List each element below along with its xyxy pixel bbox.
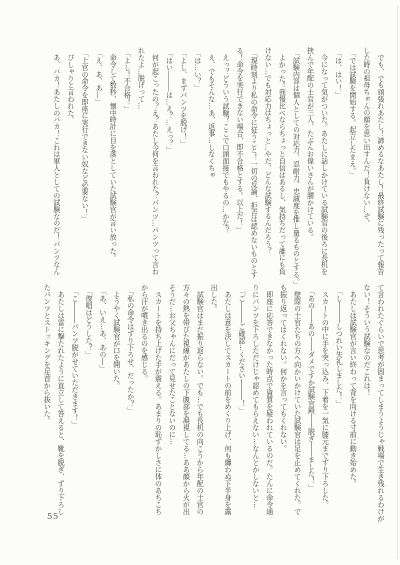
text-line: えっ？どういう試験？ここで口頭面接でもやるの…かな？ <box>218 47 232 275</box>
text-line: 「上官の命令を即座に実行できない奴など必要ない！」 <box>77 47 91 275</box>
text-line: 挟んで年配の士官が三人、たぶんお偉いさんが腰かけている。 <box>302 47 316 275</box>
text-line: あたしは雷に撃たれたように直立して答えると、靴を脱ぎ、ずり下ろし <box>53 284 67 516</box>
text-line: 即座に応答できなかった時点で資質を疑われているのだ。たんに命令通 <box>262 284 276 516</box>
text-line: ようやく試験官が口を開いた。 <box>109 284 123 516</box>
text-line: りにパンツを下ろしただけじゃ認めてもらえない…なんとかしないと… <box>248 284 262 516</box>
text-line: 「では試験を開始する。起立したまえ。」 <box>345 47 359 275</box>
vertical-text-block-top: でも、でも頑張れあたし！諦めるなあたし！最終試験に残ったって報告した時の祖母ちゃ… <box>49 47 387 275</box>
text-line: あたしは試験官が言い終わって背を向ける寸前に動き始めた。 <box>345 284 359 516</box>
text-line: え、でもそんな…あ、返事…しなくちゃ <box>204 47 218 275</box>
text-line: 「あ、いえ…あ、あの―」 <box>95 284 109 516</box>
text-line: 命令して数秒、懐中時計に目を落としていた試験官が言い放った。 <box>105 47 119 275</box>
text-line: 何が起こったの？え？あたし今何を言われた？パンツ…パンツって言わ <box>147 47 161 275</box>
text-line: ない！そういう試験なのだこれは！ <box>359 284 373 516</box>
text-line: て言われたぐらいで思考が固まってしまうようじゃ戦場で生き残れるわけが <box>373 284 387 516</box>
text-line: 「あの――あの――ダメですか試験官殿――脱ぎ――ました！」 <box>304 284 318 516</box>
text-line: も振り返ってはくれない。何かを言ってもくれない。 <box>276 284 290 516</box>
text-line: 「え、あ、あ―」 <box>91 47 105 275</box>
text-line: たパンツとストッキングを足首から抜いた。 <box>39 284 53 516</box>
scanned-novel-page: でも、でも頑張れあたし！諦めるなあたし！最終試験に残ったって報告した時の祖母ちゃ… <box>0 0 400 565</box>
vertical-text-block-bottom: て言われたぐらいで思考が固まってしまうようじゃ戦場で生き残れるわけがない！そうい… <box>39 284 387 516</box>
page-number: 55 <box>47 512 59 522</box>
text-line: でも、でも頑張れあたし！諦めるなあたし！最終試験に残ったって報告 <box>373 47 387 275</box>
text-line: 「は…い？」 <box>190 47 204 275</box>
scan-edge-artifact <box>397 6 398 559</box>
text-line: 壁際の士官たちの方へ向かいかけていた試験官は足を止めてくれた。で <box>290 284 304 516</box>
text-line: 「はい―――は…え？…えっ？」 <box>162 47 176 275</box>
text-line: 「私の命令はずり下ろせ、だったか？」 <box>123 284 137 516</box>
text-line: 「ご―――ご確認…ください―――！」 <box>234 284 248 516</box>
text-line: 「試験内容は個人としての対応力、忍耐力、忠誠度を推し量るものとする。」 <box>288 47 302 275</box>
text-line: ぴしゃりと言われた。 <box>63 47 77 275</box>
text-line: 出した。 <box>206 284 220 516</box>
text-line: 試験官はまだ振り返らない。でも…でも長机の向こうから年配の士官の <box>192 284 206 516</box>
text-line: 「よし！不合格！」 <box>119 47 133 275</box>
text-line: 「現時刻より私の命令に従うこと！一切の反論、拒否は認めないものとす <box>246 47 260 275</box>
text-line: けない…でも対応力はちょっと…やだ、どんな試験するんだろう？ <box>260 47 274 275</box>
text-line: 「は、はい！」 <box>331 47 345 275</box>
text-line: よかった！我慢比べならちょっと自信はあるし、気持ちだって誰にも負 <box>274 47 288 275</box>
text-line: 「復唱はどうした？」 <box>81 284 95 516</box>
text-line: あ、バカ！あたしのバカ！これは軍人としての試験なのだ！パンツなん <box>49 47 63 275</box>
text-line: そうだ…お父ちゃんにだって見せたことないのに… <box>165 284 179 516</box>
text-line: スカートの中に手を突っ込み、下着を一気に膝元までずり下ろした。 <box>317 284 331 516</box>
text-line: あたしは意を決してスカートの前をめくり上げ、何も纏わぬ下半身を露 <box>220 284 234 516</box>
text-line: 今になって気がついた。あたしに話しかけている試験官の後ろに長机を <box>317 47 331 275</box>
text-line: から汗が噴き出るのを感じる。 <box>137 284 151 516</box>
text-line: した時の祖母ちゃんの顔を思い出すんだ！負けない…ぞ。 <box>359 47 373 275</box>
text-line: 「よし、まずパンツを脱げ！」 <box>176 47 190 275</box>
text-line: 方々の熱を帯びた視線があたしの下腹部を凝視してる…ああ顔から火が出 <box>178 284 192 516</box>
text-line: る！命令を実行できない場合、即不合格とする。以上だ！」 <box>232 47 246 275</box>
text-line: 「し―――しつれい失礼しました！」 <box>331 284 345 516</box>
text-line: スカートを持ち上げた手が震える。あまりの恥ずかしさに体のあちこち <box>151 284 165 516</box>
text-line: れたよ…脱げって… <box>133 47 147 275</box>
text-line: 「こ―――パンツ脱がせていただきます！」 <box>67 284 81 516</box>
